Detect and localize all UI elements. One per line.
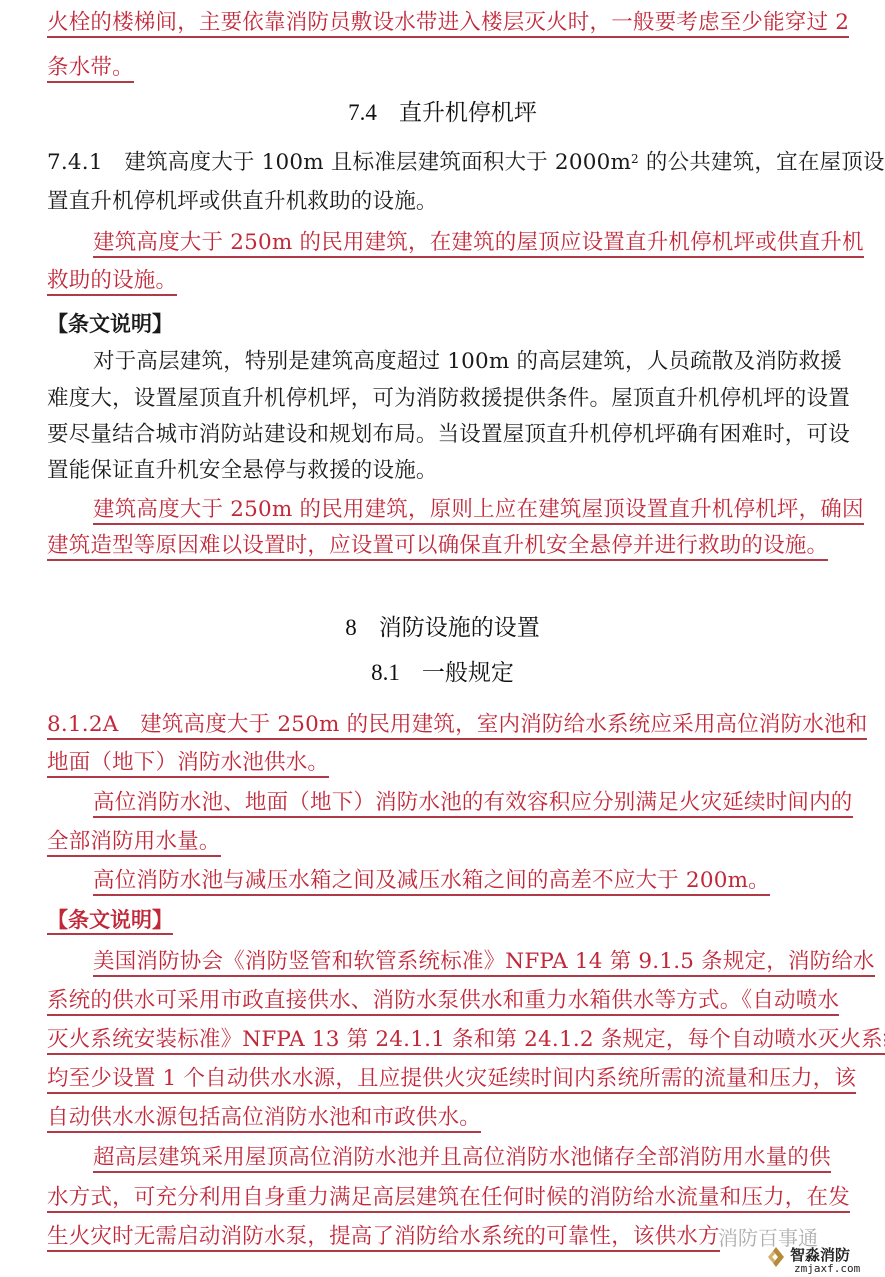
amendment-text: 【条文说明】 [47, 908, 173, 935]
document-page: 火栓的楼梯间，主要依靠消防员敷设水带进入楼层灭火时，一般要考虑至少能穿过 2 条… [0, 0, 885, 1277]
explanation-line: 要尽量结合城市消防站建设和规划布局。当设置屋顶直升机停机坪确有困难时，可设 [47, 420, 850, 450]
red-amendment-line: 建筑造型等原因难以设置时，应设置可以确保直升机安全悬停并进行救助的设施。 [47, 531, 828, 561]
amendment-text: 建筑造型等原因难以设置时，应设置可以确保直升机安全悬停并进行救助的设施。 [47, 533, 828, 561]
red-amendment-line: 灭火系统安装标准》NFPA 13 第 24.1.1 条和第 24.1.2 条规定… [47, 1025, 885, 1055]
amendment-text: 地面（地下）消防水池供水。 [47, 750, 329, 778]
explanation-line: 对于高层建筑，特别是建筑高度超过 100m 的高层建筑，人员疏散及消防救援 [93, 347, 842, 377]
clause-text: 置直升机停机坪或供直升机救助的设施。 [47, 189, 438, 214]
explanation-line: 置能保证直升机安全悬停与救援的设施。 [47, 456, 438, 486]
section-title: 直升机停机坪 [399, 100, 537, 126]
brand-logo-icon [766, 1246, 786, 1268]
amendment-text: 8.1.2A 建筑高度大于 250m 的民用建筑，室内消防给水系统应采用高位消防… [47, 712, 867, 740]
chapter-heading-8: 8消防设施的设置 [0, 612, 885, 644]
section-heading-7-4: 7.4直升机停机坪 [0, 97, 885, 129]
amendment-text: 救助的设施。 [47, 268, 177, 296]
red-amendment-line: 生火灾时无需启动消防水泵，提高了消防给水系统的可靠性，该供水方 [47, 1222, 720, 1252]
amendment-text: 系统的供水可采用市政直接供水、消防水泵供水和重力水箱供水等方式。《自动喷水 [47, 988, 839, 1016]
amendment-text: 均至少设置 1 个自动供水水源，且应提供火灾延续时间内系统所需的流量和压力，该 [47, 1066, 856, 1094]
red-amendment-line: 超高层建筑采用屋顶高位消防水池并且高位消防水池储存全部消防用水量的供 [93, 1143, 831, 1173]
amendment-text: 自动供水水源包括高位消防水池和市政供水。 [47, 1105, 481, 1133]
watermark: 消防百事通 智淼消防 zmjaxf.com [718, 1222, 878, 1272]
red-amendment-line: 高位消防水池、地面（地下）消防水池的有效容积应分别满足火灾延续时间内的 [93, 788, 853, 818]
amendment-text: 火栓的楼梯间，主要依靠消防员敷设水带进入楼层灭火时，一般要考虑至少能穿过 2 [47, 10, 849, 38]
amendment-text: 高位消防水池、地面（地下）消防水池的有效容积应分别满足火灾延续时间内的 [93, 790, 853, 818]
amendment-text: 高位消防水池与减压水箱之间及减压水箱之间的高差不应大于 200m。 [93, 868, 770, 896]
explanation-label: 【条文说明】 [47, 309, 173, 339]
amendment-text: 建筑高度大于 250m 的民用建筑，在建筑的屋顶应设置直升机停机坪或供直升机 [93, 230, 864, 258]
clause-text: 7.4.1 建筑高度大于 100m 且标准层建筑面积大于 2000m [47, 150, 631, 175]
red-amendment-line: 高位消防水池与减压水箱之间及减压水箱之间的高差不应大于 200m。 [93, 866, 770, 896]
superscript: 2 [631, 152, 639, 166]
clause-7-4-1-line: 7.4.1 建筑高度大于 100m 且标准层建筑面积大于 2000m2 的公共建… [47, 148, 885, 178]
red-amendment-line: 均至少设置 1 个自动供水水源，且应提供火灾延续时间内系统所需的流量和压力，该 [47, 1064, 856, 1094]
amendment-text: 建筑高度大于 250m 的民用建筑，原则上应在建筑屋顶设置直升机停机坪，确因 [93, 497, 864, 525]
red-amendment-line: 地面（地下）消防水池供水。 [47, 748, 329, 778]
red-amendment-line: 8.1.2A 建筑高度大于 250m 的民用建筑，室内消防给水系统应采用高位消防… [47, 710, 867, 740]
red-amendment-line: 水方式，可充分利用自身重力满足高层建筑在任何时候的消防给水流量和压力，在发 [47, 1183, 850, 1213]
amendment-text: 生火灾时无需启动消防水泵，提高了消防给水系统的可靠性，该供水方 [47, 1224, 720, 1252]
explanation-line: 难度大，设置屋顶直升机停机坪，可为消防救援提供条件。屋顶直升机停机坪的设置 [47, 384, 850, 414]
amendment-text: 超高层建筑采用屋顶高位消防水池并且高位消防水池储存全部消防用水量的供 [93, 1145, 831, 1173]
red-amendment-line: 系统的供水可采用市政直接供水、消防水泵供水和重力水箱供水等方式。《自动喷水 [47, 986, 839, 1016]
amendment-text: 美国消防协会《消防竖管和软管系统标准》NFPA 14 第 9.1.5 条规定，消… [93, 949, 875, 977]
watermark-url: zmjaxf.com [794, 1262, 860, 1275]
explanation-label-red: 【条文说明】 [47, 905, 173, 935]
chapter-title: 消防设施的设置 [379, 615, 540, 641]
red-amendment-line: 自动供水水源包括高位消防水池和市政供水。 [47, 1103, 481, 1133]
amendment-text: 灭火系统安装标准》NFPA 13 第 24.1.1 条和第 24.1.2 条规定… [47, 1027, 885, 1055]
clause-7-4-1-line: 置直升机停机坪或供直升机救助的设施。 [47, 187, 438, 217]
amendment-text: 全部消防用水量。 [47, 829, 221, 857]
red-amendment-line: 火栓的楼梯间，主要依靠消防员敷设水带进入楼层灭火时，一般要考虑至少能穿过 2 [47, 8, 849, 38]
red-amendment-line: 全部消防用水量。 [47, 827, 221, 857]
red-amendment-line: 救助的设施。 [47, 266, 177, 296]
red-amendment-line: 条水带。 [47, 53, 134, 83]
section-number: 8.1 [371, 660, 400, 685]
amendment-text: 水方式，可充分利用自身重力满足高层建筑在任何时候的消防给水流量和压力，在发 [47, 1185, 850, 1213]
clause-text: 的公共建筑，宜在屋顶设 [639, 150, 885, 175]
section-number: 7.4 [348, 100, 377, 125]
red-amendment-line: 建筑高度大于 250m 的民用建筑，在建筑的屋顶应设置直升机停机坪或供直升机 [93, 228, 864, 258]
section-title: 一般规定 [422, 660, 514, 686]
chapter-number: 8 [345, 615, 357, 640]
amendment-text: 条水带。 [47, 55, 134, 83]
red-amendment-line: 美国消防协会《消防竖管和软管系统标准》NFPA 14 第 9.1.5 条规定，消… [93, 947, 875, 977]
red-amendment-line: 建筑高度大于 250m 的民用建筑，原则上应在建筑屋顶设置直升机停机坪，确因 [93, 495, 864, 525]
section-heading-8-1: 8.1一般规定 [0, 657, 885, 689]
